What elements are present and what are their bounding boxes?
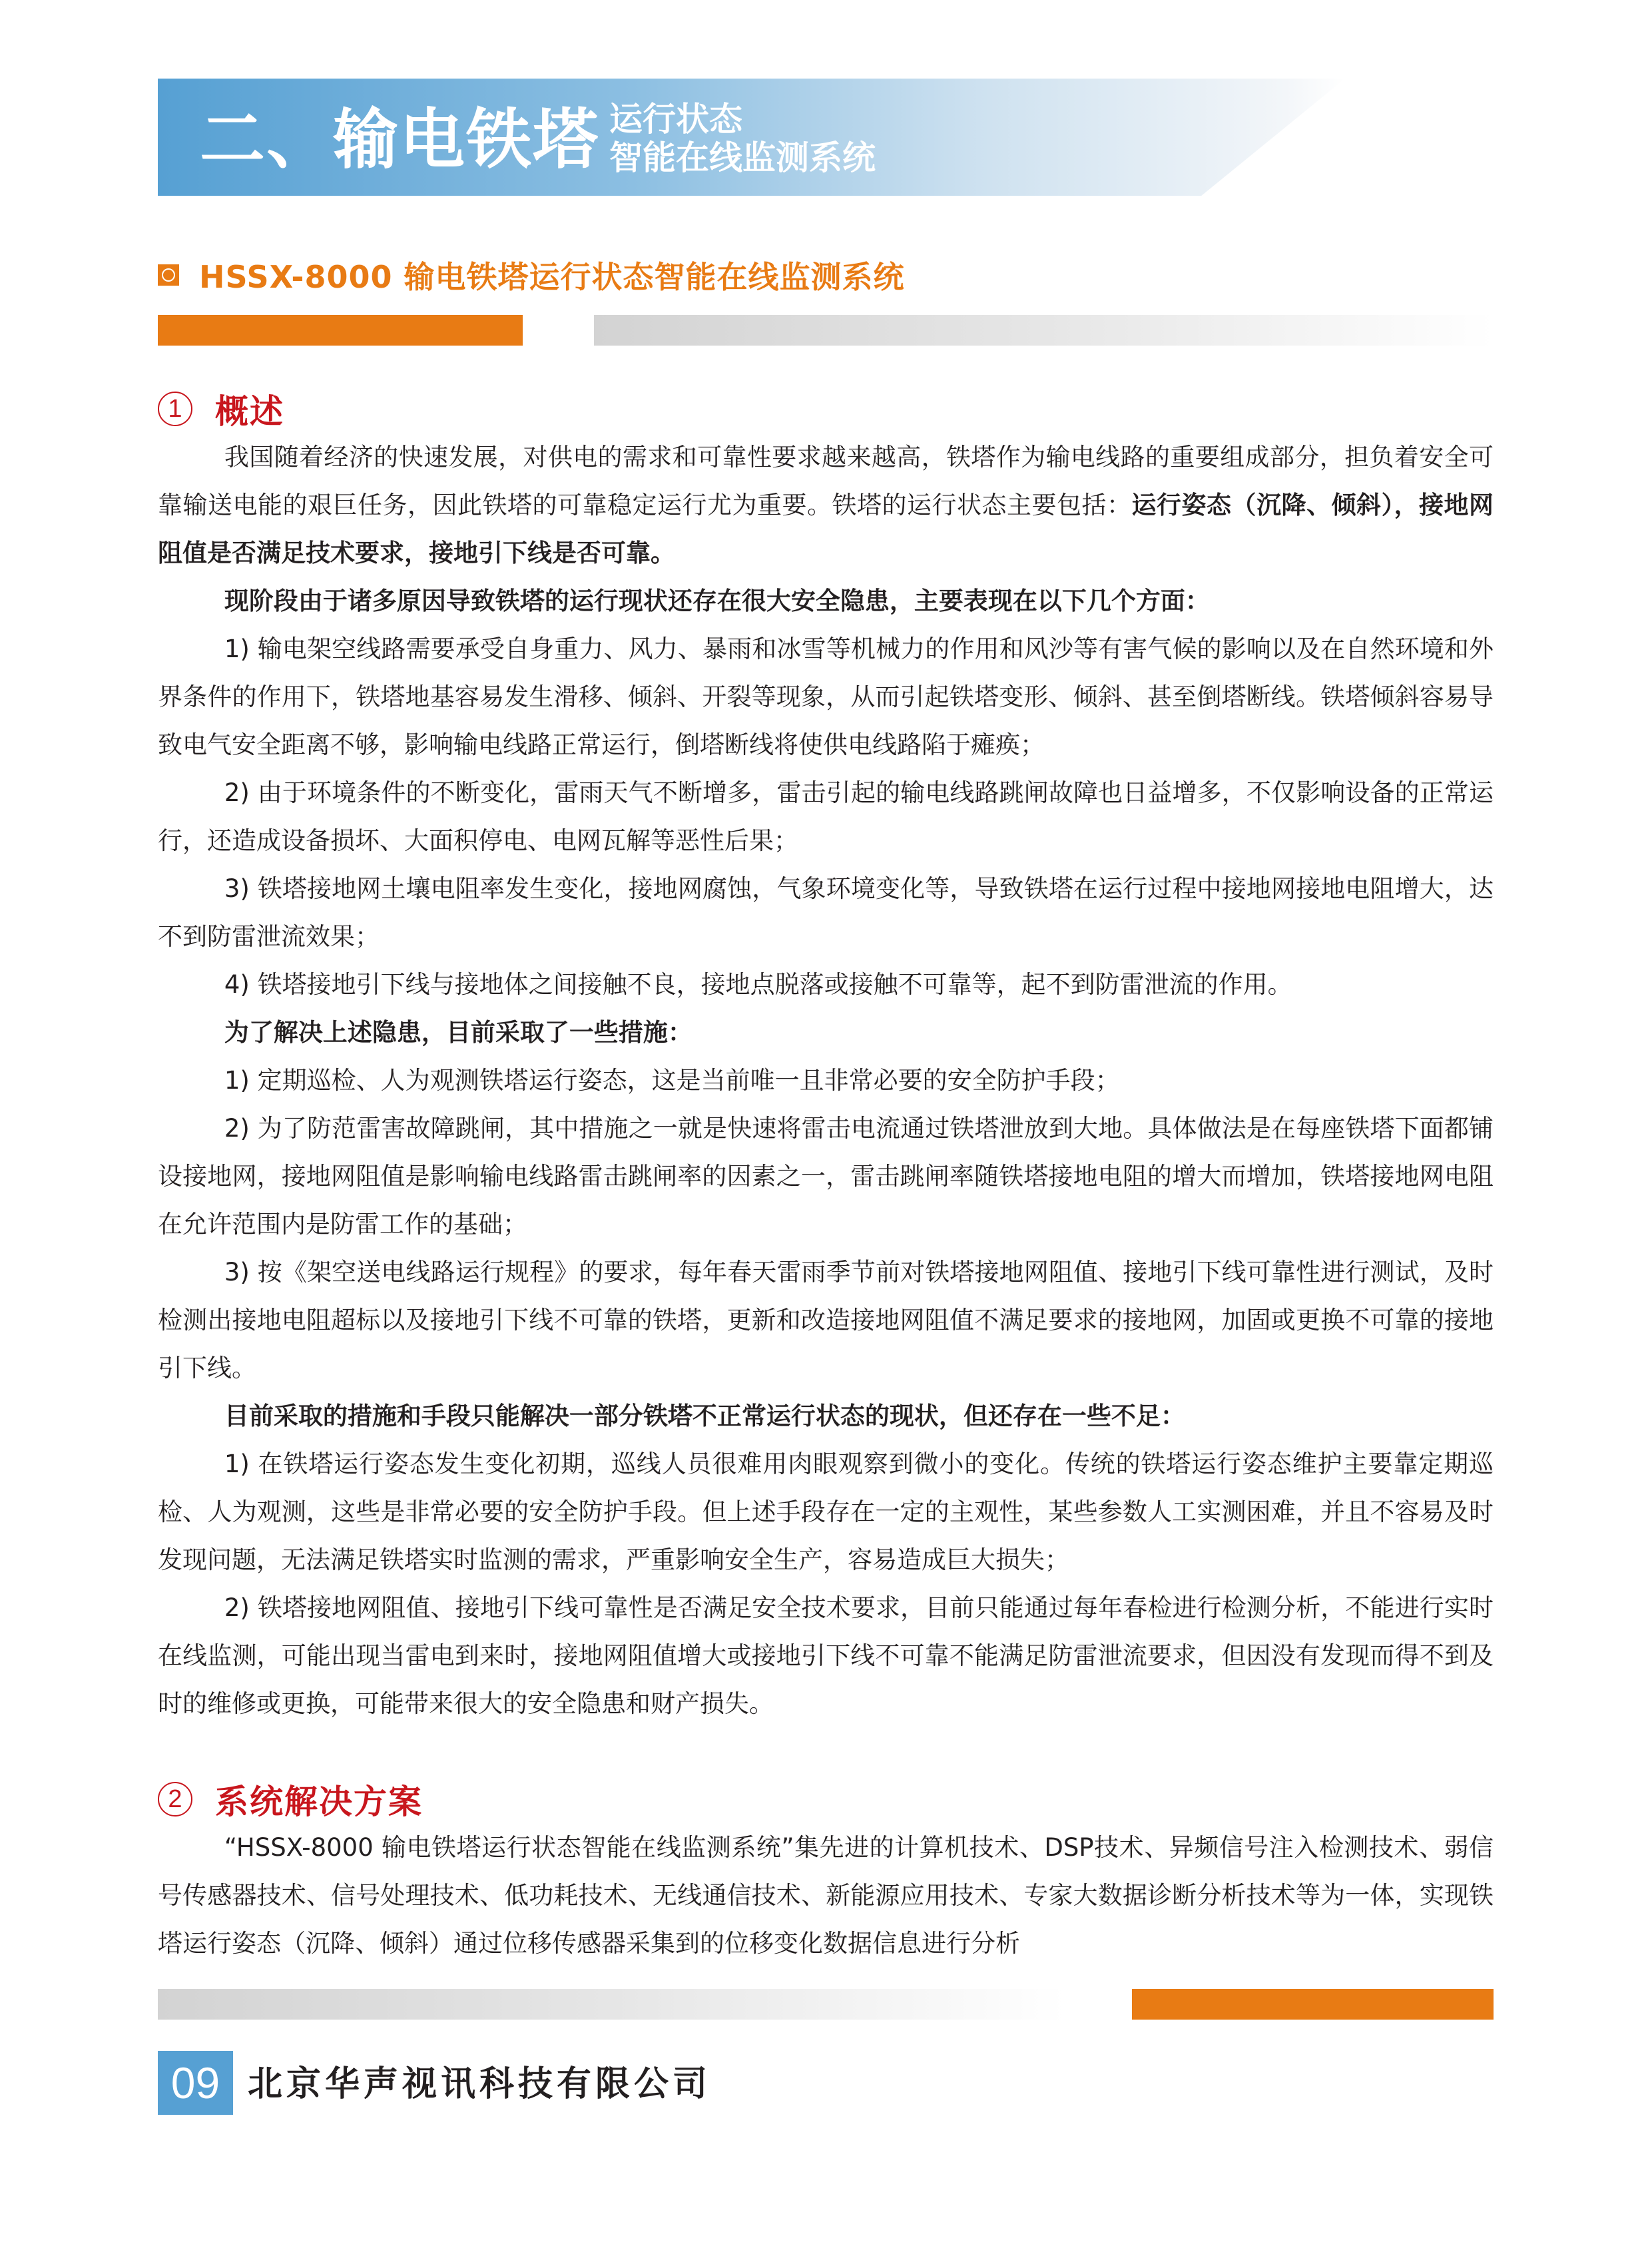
paragraph: 4) 铁塔接地引下线与接地体之间接触不良，接地点脱落或接触不可靠等，起不到防雷泄…	[158, 961, 1494, 1009]
product-title: HSSX-8000 输电铁塔运行状态智能在线监测系统	[158, 255, 905, 295]
paragraph: 1) 输电架空线路需要承受自身重力、风力、暴雨和冰雪等机械力的作用和风沙等有害气…	[158, 625, 1494, 769]
gray-divider-bar	[594, 315, 1494, 346]
company-name: 北京华声视讯科技有限公司	[248, 2058, 711, 2111]
paragraph-bold-lead: 现阶段由于诸多原因导致铁塔的运行现状还存在很大安全隐患，主要表现在以下几个方面：	[158, 577, 1494, 625]
section-heading-solution: 2 系统解决方案	[158, 1778, 423, 1821]
paragraph-bold-lead: 为了解决上述隐患，目前采取了一些措施：	[158, 1009, 1494, 1057]
circled-number-icon: 2	[158, 1782, 192, 1817]
chapter-subtitle-line2: 智能在线监测系统	[609, 139, 876, 177]
paragraph: “HSSX-8000 输电铁塔运行状态智能在线监测系统”集先进的计算机技术、DS…	[158, 1824, 1494, 1968]
gray-footer-bar	[158, 1989, 1065, 2020]
chapter-subtitle-line1: 运行状态	[609, 100, 876, 139]
paragraph-bold-lead: 目前采取的措施和手段只能解决一部分铁塔不正常运行状态的现状，但还存在一些不足：	[158, 1392, 1494, 1440]
section-title: 系统解决方案	[215, 1775, 423, 1823]
section-body-solution: “HSSX-8000 输电铁塔运行状态智能在线监测系统”集先进的计算机技术、DS…	[158, 1824, 1494, 1968]
paragraph: 1) 在铁塔运行姿态发生变化初期，巡线人员很难用肉眼观察到微小的变化。传统的铁塔…	[158, 1440, 1494, 1584]
section-body-overview: 我国随着经济的快速发展，对供电的需求和可靠性要求越来越高，铁塔作为输电线路的重要…	[158, 433, 1494, 1728]
square-circle-bullet-icon	[158, 264, 179, 286]
orange-divider-bar	[158, 315, 523, 346]
paragraph: 2) 铁塔接地网阻值、接地引下线可靠性是否满足安全技术要求，目前只能通过每年春检…	[158, 1584, 1494, 1728]
paragraph: 2) 由于环境条件的不断变化，雷雨天气不断增多，雷击引起的输电线路跳闸故障也日益…	[158, 769, 1494, 865]
paragraph: 2) 为了防范雷害故障跳闸，其中措施之一就是快速将雷击电流通过铁塔泄放到大地。具…	[158, 1105, 1494, 1249]
chapter-title: 二、输电铁塔	[200, 100, 599, 180]
paragraph: 3) 铁塔接地网土壤电阻率发生变化，接地网腐蚀，气象环境变化等，导致铁塔在运行过…	[158, 865, 1494, 961]
paragraph: 我国随着经济的快速发展，对供电的需求和可靠性要求越来越高，铁塔作为输电线路的重要…	[158, 433, 1494, 577]
page-number: 09	[158, 2051, 233, 2115]
product-title-text: HSSX-8000 输电铁塔运行状态智能在线监测系统	[199, 253, 905, 297]
chapter-subtitle: 运行状态 智能在线监测系统	[609, 100, 876, 177]
orange-footer-bar	[1132, 1989, 1494, 2020]
section-heading-overview: 1 概述	[158, 388, 284, 430]
paragraph: 1) 定期巡检、人为观测铁塔运行姿态，这是当前唯一且非常必要的安全防护手段；	[158, 1057, 1494, 1105]
paragraph: 3) 按《架空送电线路运行规程》的要求，每年春天雷雨季节前对铁塔接地网阻值、接地…	[158, 1249, 1494, 1392]
section-title: 概述	[215, 385, 284, 433]
circled-number-icon: 1	[158, 392, 192, 426]
